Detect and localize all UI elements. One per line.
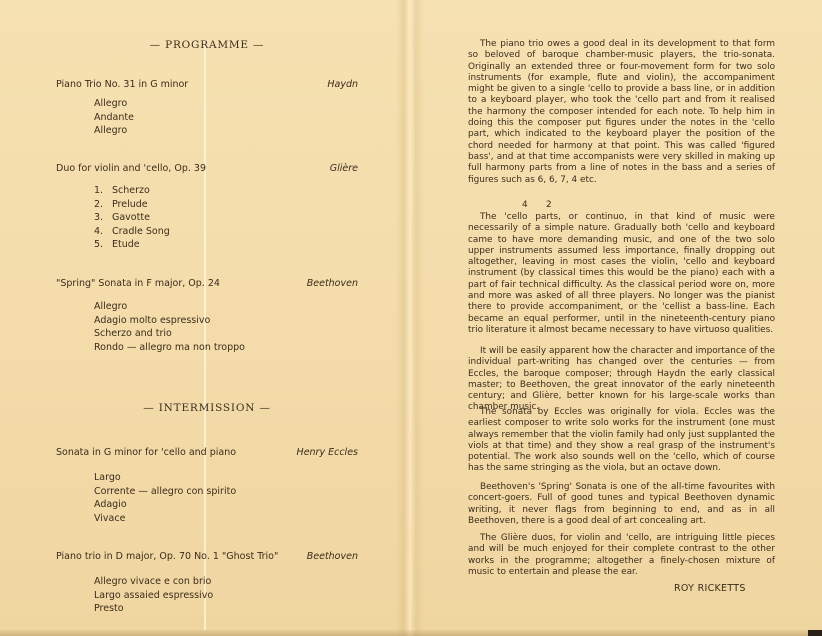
movement-list: 1.Scherzo 2.Prelude 3.Gavotte 4.Cradle S… <box>94 184 170 252</box>
notes-paragraph: Beethoven's 'Spring' Sonata is one of th… <box>468 482 775 527</box>
movement: 3.Gavotte <box>94 211 170 225</box>
work-title: Piano Trio No. 31 in G minor <box>56 79 188 90</box>
movement: Scherzo and trio <box>94 327 245 341</box>
movement: Adagio molto espressivo <box>94 314 245 328</box>
notes-paragraph: It will be easily apparent how the chara… <box>468 346 775 414</box>
movement: Largo assaied espressivo <box>94 589 213 603</box>
work-composer: Glière <box>330 163 358 174</box>
movement: Andante <box>94 111 134 125</box>
notes-paragraph: The Glière duos, for violin and 'cello, … <box>468 533 775 578</box>
movement-list: Allegro Andante Allegro <box>94 97 134 138</box>
movement: 5.Etude <box>94 238 170 252</box>
movement: 2.Prelude <box>94 198 170 212</box>
author-signature: ROY RICKETTS <box>674 583 746 594</box>
movement: Allegro <box>94 124 134 138</box>
movement: Largo <box>94 471 236 485</box>
movement: Rondo — allegro ma non troppo <box>94 341 245 355</box>
notes-paragraph: The 'cello parts, or continuo, in that k… <box>468 212 775 336</box>
work-composer: Beethoven <box>307 278 358 289</box>
work-title: "Spring" Sonata in F major, Op. 24 <box>56 278 220 289</box>
movement: Allegro vivace e con brio <box>94 575 213 589</box>
movement: 1.Scherzo <box>94 184 170 198</box>
work-title: Piano trio in D major, Op. 70 No. 1 "Gho… <box>56 551 278 562</box>
notes-paragraph: The sonata by Eccles was originally for … <box>468 407 775 475</box>
work-composer: Beethoven <box>307 551 358 562</box>
movement: Corrente — allegro con spirito <box>94 485 236 499</box>
movement-list: Largo Corrente — allegro con spirito Ada… <box>94 471 236 525</box>
movement-list: Allegro Adagio molto espressivo Scherzo … <box>94 300 245 354</box>
work-title: Sonata in G minor for 'cello and piano <box>56 447 236 458</box>
movement: 4.Cradle Song <box>94 225 170 239</box>
notes-paragraph: The piano trio owes a good deal in its d… <box>468 39 775 186</box>
movement: Vivace <box>94 512 236 526</box>
work-title: Duo for violin and 'cello, Op. 39 <box>56 163 206 174</box>
movement: Allegro <box>94 97 134 111</box>
movement: Adagio <box>94 498 236 512</box>
movement: Presto <box>94 602 213 616</box>
programme-sheet: — PROGRAMME — Piano Trio No. 31 in G min… <box>0 0 822 636</box>
programme-heading: — PROGRAMME — <box>56 39 358 51</box>
paper-edge <box>0 630 822 636</box>
intermission-heading: — INTERMISSION — <box>56 402 358 414</box>
movement-list: Allegro vivace e con brio Largo assaied … <box>94 575 213 616</box>
work-composer: Henry Eccles <box>297 447 358 458</box>
scan-corner <box>808 630 822 636</box>
work-composer: Haydn <box>327 79 358 90</box>
movement: Allegro <box>94 300 245 314</box>
